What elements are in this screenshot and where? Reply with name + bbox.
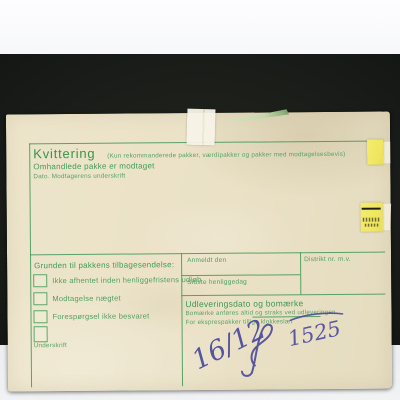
handwriting-layer: 16/12 1525 (6, 111, 392, 391)
signature-hook (242, 372, 252, 376)
scan-top-margin (0, 0, 400, 54)
white-tape-strip (187, 109, 216, 146)
scanned-parcel-card-photo: Kvittering (Kun rekommanderede pakker, v… (0, 0, 400, 400)
handwritten-time: 1525 (286, 316, 343, 351)
handwritten-date: 16/12 (187, 314, 270, 376)
parcel-form-paper: Kvittering (Kun rekommanderede pakker, v… (6, 111, 392, 391)
photo-dark-background: Kvittering (Kun rekommanderede pakker, v… (0, 54, 400, 345)
